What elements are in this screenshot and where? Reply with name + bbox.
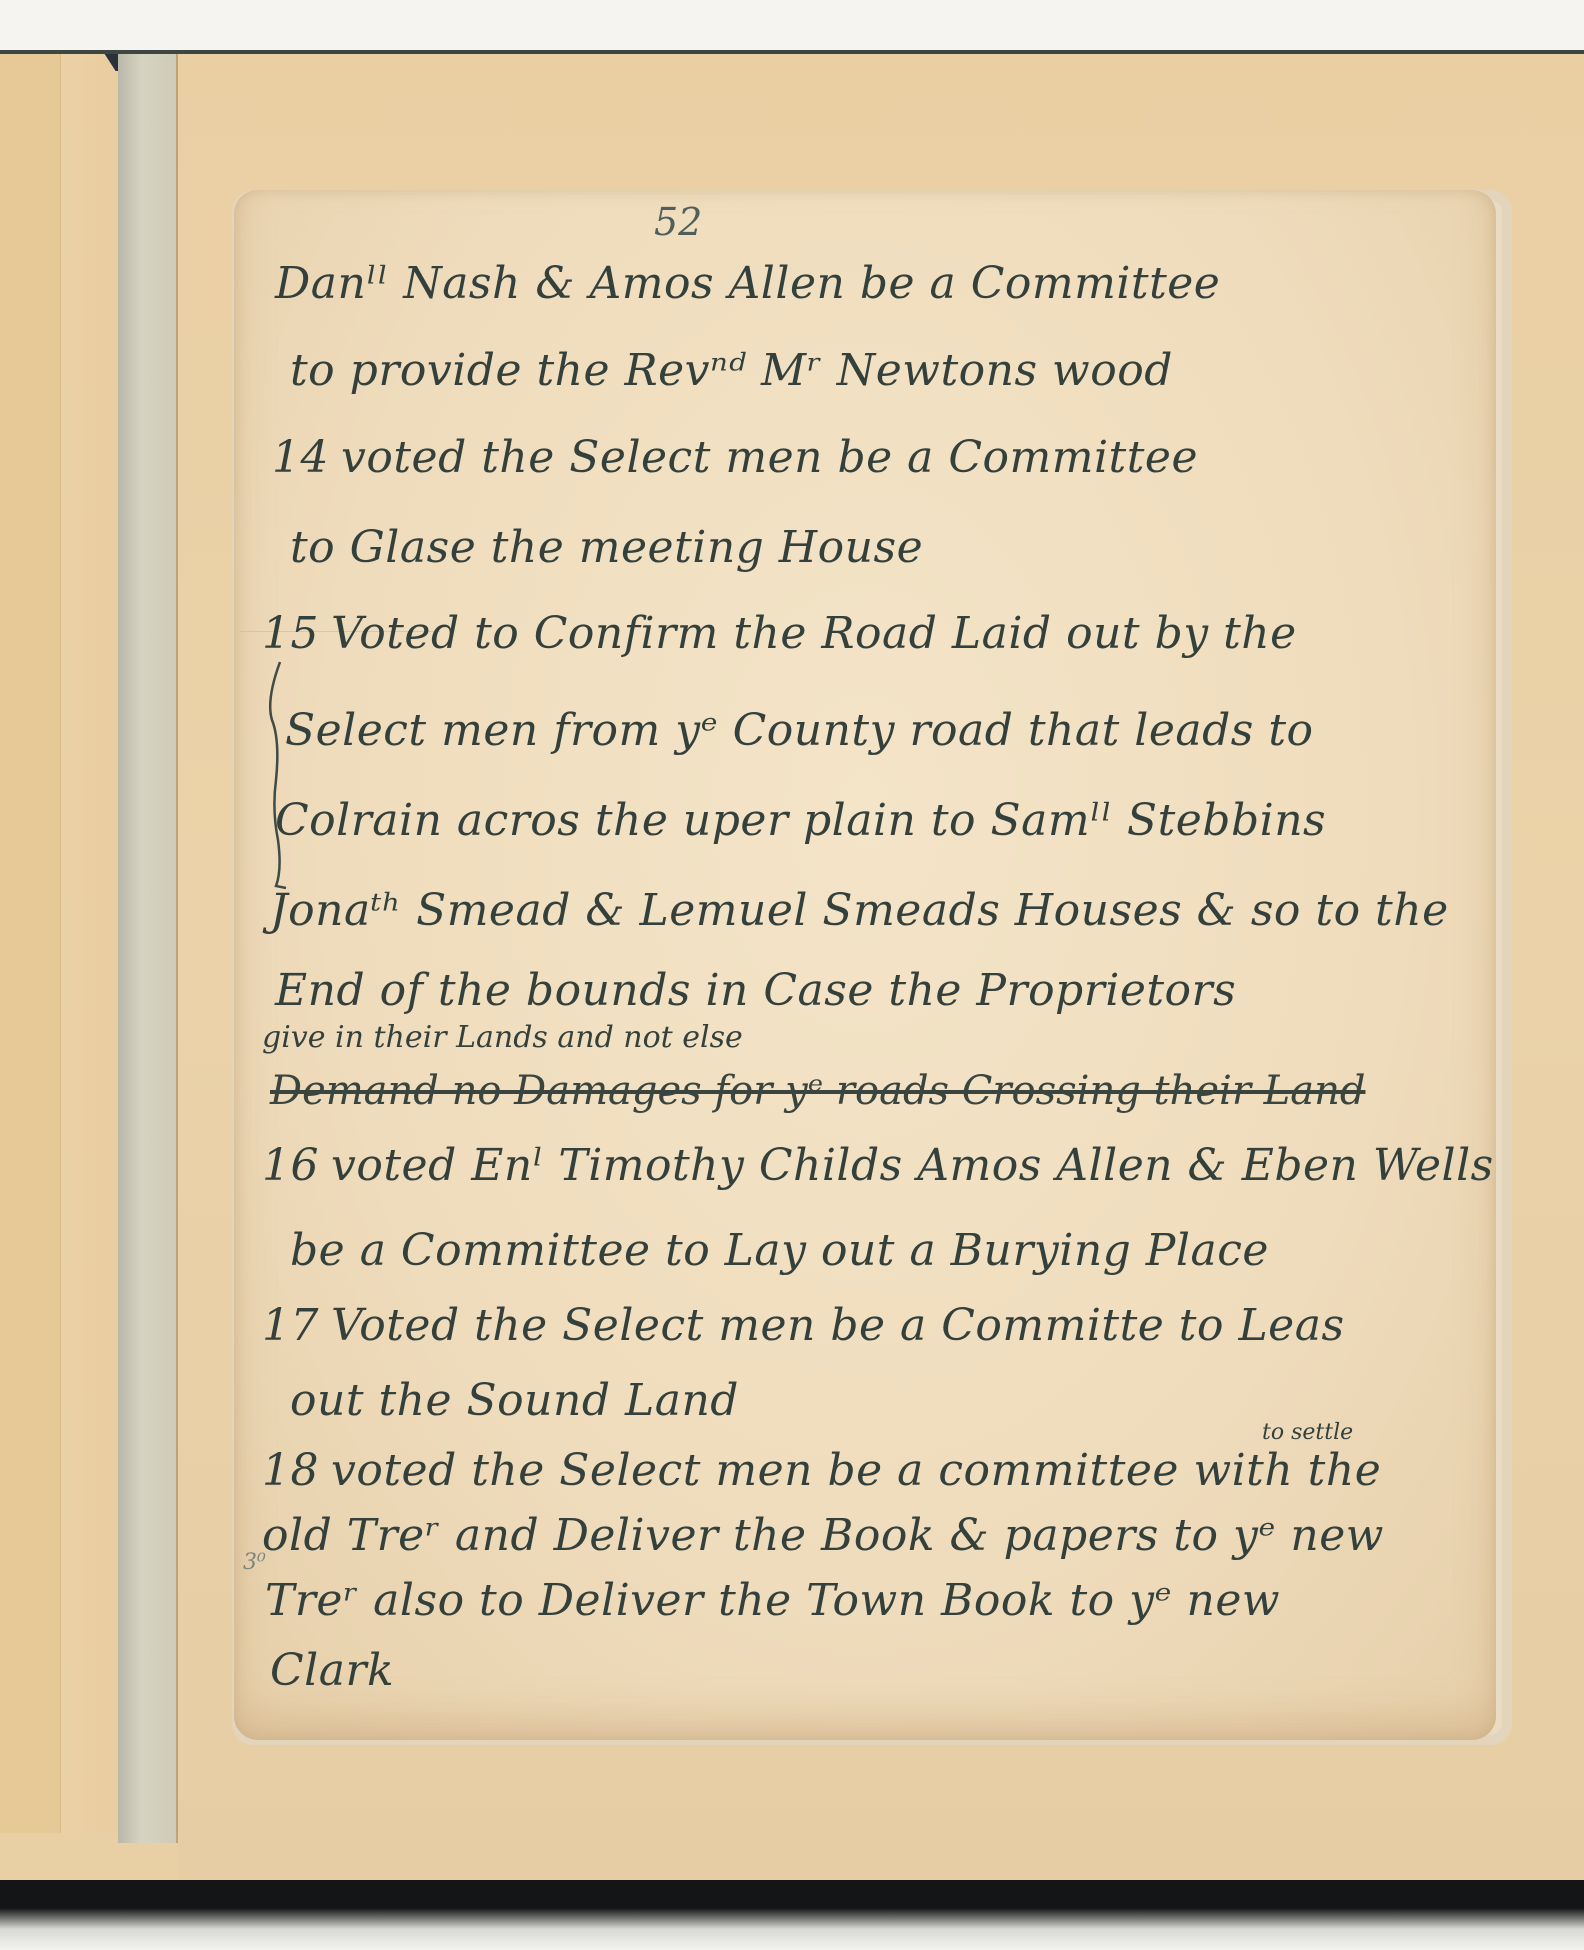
text-line-10: 16voted Enˡ Timothy Childs Amos Allen & …: [262, 1140, 1494, 1191]
item-number: 16: [262, 1140, 319, 1191]
text-line-16: Treʳ also to Deliver the Town Book to yᵉ…: [265, 1575, 1280, 1626]
text-line-9: End of the bounds in Case the Proprietor…: [275, 965, 1236, 1016]
interlinear-insertion: give in their Lands and not else: [262, 1020, 743, 1055]
text-line-13: out the Sound Land: [290, 1375, 739, 1426]
text-line-3: 14voted the Select men be a Committee: [272, 432, 1198, 483]
book-cover-edge-bottom: [0, 1880, 1584, 1950]
page-number: 52: [654, 200, 702, 244]
left-page-edge: [0, 53, 119, 1833]
text-line-11: be a Committee to Lay out a Burying Plac…: [290, 1225, 1269, 1276]
scan-background-top: [0, 0, 1584, 52]
book-cover-edge-top: [0, 50, 1584, 54]
text-line-17: Clark: [270, 1645, 394, 1696]
margin-bracket-icon: [258, 660, 288, 890]
struck-through-line: Demand no Damages for yᵉ roads Crossing …: [270, 1068, 1365, 1114]
item-number: 15: [262, 608, 319, 659]
text-line-7: Colrain acros the uper plain to Samˡˡ St…: [275, 795, 1326, 846]
text-line-4: to Glase the meeting House: [290, 522, 923, 573]
binding-gutter-strip: [118, 53, 178, 1843]
item-number: 14: [272, 432, 329, 483]
text-line-5: 15Voted to Confirm the Road Laid out by …: [262, 608, 1297, 659]
item-number: 17: [262, 1300, 319, 1351]
margin-note: 3⁰: [243, 1550, 266, 1575]
text-line-14: 18voted the Select men be a committee wi…: [262, 1445, 1381, 1496]
text-line-15: old Treʳ and Deliver the Book & papers t…: [262, 1510, 1384, 1561]
caret-insertion: to settle: [1262, 1420, 1353, 1445]
text-line-6: Select men from yᵉ County road that lead…: [285, 705, 1314, 756]
text-line-12: 17Voted the Select men be a Committe to …: [262, 1300, 1345, 1351]
text-line-2: to provide the Revⁿᵈ Mʳ Newtons wood: [290, 345, 1173, 396]
text-line-1: Danˡˡ Nash & Amos Allen be a Committee: [275, 258, 1220, 309]
item-number: 18: [262, 1445, 319, 1496]
text-line-8: Jonaᵗʰ Smead & Lemuel Smeads Houses & so…: [270, 885, 1449, 936]
left-page-fold: [0, 53, 61, 1833]
